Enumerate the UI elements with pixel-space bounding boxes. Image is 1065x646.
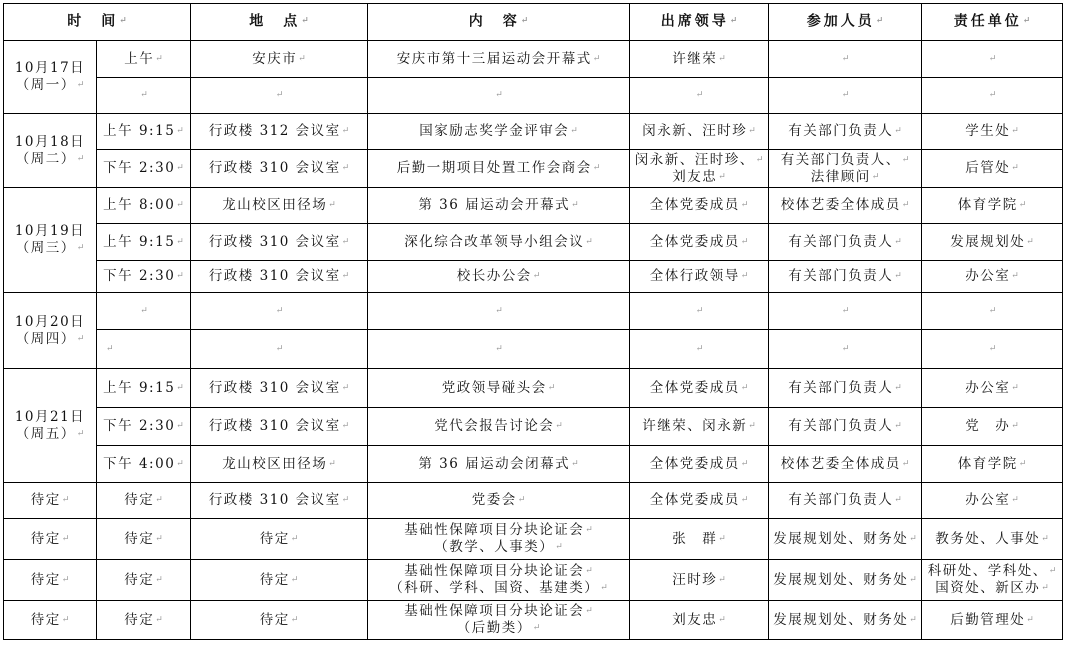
unit-cell: 体育学院↵ [922, 446, 1063, 483]
leaders-cell: ↵ [630, 293, 769, 330]
date-cell-text: 待定 [31, 492, 61, 508]
schedule-row: 10月17日（周一）↵上午↵安庆市↵安庆市第十三届运动会开幕式↵许继荣↵↵↵ [4, 41, 1063, 78]
time-cell-text: 上午 9:15 [103, 234, 175, 250]
paragraph-mark: ↵ [495, 344, 503, 354]
place-cell-text: 行政楼 310 会议室 [209, 380, 341, 396]
time-cell-text: 下午 2:30 [103, 268, 175, 284]
place-cell: 待定↵ [191, 519, 368, 560]
leaders-cell: 全体党委成员↵ [630, 369, 769, 408]
paragraph-mark: ↵ [1011, 271, 1019, 281]
paragraph-mark: ↵ [909, 575, 917, 585]
schedule-row: 10月19日（周三）↵上午 8:00↵龙山校区田径场↵第 36 届运动会开幕式↵… [4, 188, 1063, 224]
unit-cell-line: 国资处、新区办 [935, 580, 1040, 596]
paragraph-mark: ↵ [696, 344, 704, 354]
content-cell-line: （教学、人事类） [434, 539, 554, 555]
header-row: 时 间↵ 地 点↵ 内 容↵ 出席领导↵ 参加人员↵ 责任单位↵ [4, 4, 1063, 41]
date-cell-text: 待定 [31, 612, 61, 628]
schedule-row: 下午 4:00↵龙山校区田径场↵第 36 届运动会闭幕式↵全体党委成员↵校体艺委… [4, 446, 1063, 483]
place-cell: 行政楼 312 会议室↵ [191, 114, 368, 150]
place-cell: 行政楼 310 会议室↵ [191, 408, 368, 446]
paragraph-mark: ↵ [842, 90, 850, 100]
paragraph-mark: ↵ [909, 534, 917, 544]
header-attendees: 参加人员↵ [769, 4, 922, 41]
content-cell: 校长办公会↵ [368, 261, 630, 293]
paragraph-mark: ↵ [872, 172, 880, 182]
schedule-body: 10月17日（周一）↵上午↵安庆市↵安庆市第十三届运动会开幕式↵许继荣↵↵↵↵↵… [4, 41, 1063, 640]
date-cell: 10月17日（周一）↵ [4, 41, 97, 114]
content-cell: 党委会↵ [368, 483, 630, 519]
time-cell-text: 下午 4:00 [103, 456, 175, 472]
time-cell: 待定↵ [97, 560, 191, 601]
unit-cell: 教务处、人事处↵ [922, 519, 1063, 560]
content-cell: 基础性保障项目分块论证会↵（教学、人事类）↵ [368, 519, 630, 560]
paragraph-mark: ↵ [77, 334, 85, 344]
paragraph-mark: ↵ [176, 459, 184, 469]
paragraph-mark: ↵ [62, 615, 70, 625]
paragraph-mark: ↵ [176, 163, 184, 173]
leaders-cell-text: 刘友忠 [672, 612, 717, 628]
content-cell-text: 第 36 届运动会开幕式 [418, 197, 570, 213]
unit-cell-text: 教务处、人事处 [935, 531, 1040, 547]
paragraph-mark: ↵ [1041, 583, 1049, 593]
unit-cell-text: 办公室 [965, 492, 1010, 508]
place-cell-text: 行政楼 310 会议室 [209, 418, 341, 434]
leaders-cell-text: 许继荣、闵永新 [642, 418, 747, 434]
paragraph-mark: ↵ [555, 421, 563, 431]
paragraph-mark: ↵ [155, 495, 163, 505]
time-cell-text: 上午 9:15 [103, 123, 175, 139]
paragraph-mark: ↵ [176, 271, 184, 281]
paragraph-mark: ↵ [696, 306, 704, 316]
paragraph-mark: ↵ [989, 54, 997, 64]
paragraph-mark: ↵ [291, 615, 299, 625]
unit-cell: 办公室↵ [922, 483, 1063, 519]
leaders-cell-text: 全体行政领导 [650, 268, 740, 284]
paragraph-mark: ↵ [989, 344, 997, 354]
attendees-cell: 有关部门负责人↵ [769, 114, 922, 150]
unit-cell-text: 体育学院 [958, 456, 1018, 472]
weekday-text: （周五） [16, 426, 76, 442]
leaders-cell-text: 全体党委成员 [650, 380, 740, 396]
paragraph-mark: ↵ [718, 54, 726, 64]
attendees-cell: 有关部门负责人↵ [769, 224, 922, 261]
pending-row: 待定↵待定↵行政楼 310 会议室↵党委会↵全体党委成员↵有关部门负责人↵办公室… [4, 483, 1063, 519]
paragraph-mark: ↵ [518, 495, 526, 505]
paragraph-mark: ↵ [718, 615, 726, 625]
paragraph-mark: ↵ [77, 243, 85, 253]
content-cell: ↵ [368, 330, 630, 369]
unit-cell-text: 后勤管理处 [950, 612, 1025, 628]
place-cell: 行政楼 310 会议室↵ [191, 483, 368, 519]
paragraph-mark: ↵ [77, 429, 85, 439]
attendees-cell-line: 有关部门负责人、 [781, 152, 901, 168]
content-cell-line: 基础性保障项目分块论证会 [404, 522, 584, 538]
content-cell-text: 党委会 [472, 492, 517, 508]
paragraph-mark: ↵ [718, 534, 726, 544]
paragraph-mark: ↵ [276, 344, 284, 354]
paragraph-mark: ↵ [600, 583, 608, 593]
paragraph-mark: ↵ [1019, 200, 1027, 210]
attendees-cell: ↵ [769, 330, 922, 369]
paragraph-mark: ↵ [276, 306, 284, 316]
paragraph-mark: ↵ [276, 90, 284, 100]
place-cell-text: 行政楼 310 会议室 [209, 492, 341, 508]
paragraph-mark: ↵ [741, 200, 749, 210]
content-cell-text: 党代会报告讨论会 [434, 418, 554, 434]
date-cell: 待定↵ [4, 483, 97, 519]
leaders-cell-text: 全体党委成员 [650, 456, 740, 472]
pending-row: 待定↵待定↵待定↵基础性保障项目分块论证会↵（教学、人事类）↵张 群↵发展规划处… [4, 519, 1063, 560]
place-cell: ↵ [191, 78, 368, 114]
paragraph-mark: ↵ [585, 525, 593, 535]
content-cell-text: 深化综合改革领导小组会议 [404, 234, 584, 250]
leaders-cell: 许继荣↵ [630, 41, 769, 78]
place-cell-text: 待定 [260, 612, 290, 628]
paragraph-mark: ↵ [593, 54, 601, 64]
content-cell: 基础性保障项目分块论证会↵（科研、学科、国资、基建类）↵ [368, 560, 630, 601]
time-cell: 待定↵ [97, 519, 191, 560]
paragraph-mark: ↵ [555, 542, 563, 552]
content-cell-line: （后勤类） [457, 620, 532, 636]
unit-cell: 办公室↵ [922, 261, 1063, 293]
paragraph-mark: ↵ [1019, 459, 1027, 469]
paragraph-mark: ↵ [291, 575, 299, 585]
leaders-cell: 全体党委成员↵ [630, 188, 769, 224]
attendees-cell: 有关部门负责人↵ [769, 261, 922, 293]
leaders-cell-text: 汪时珍 [672, 572, 717, 588]
unit-cell: 发展规划处↵ [922, 224, 1063, 261]
paragraph-mark: ↵ [989, 90, 997, 100]
paragraph-mark: ↵ [62, 575, 70, 585]
header-unit: 责任单位↵ [922, 4, 1063, 41]
paragraph-mark: ↵ [1026, 237, 1034, 247]
attendees-cell: 有关部门负责人、↵法律顾问↵ [769, 150, 922, 188]
header-place: 地 点↵ [191, 4, 368, 41]
attendees-cell-text: 校体艺委全体成员 [781, 197, 901, 213]
attendees-cell: 有关部门负责人↵ [769, 369, 922, 408]
date-cell: 10月19日（周三）↵ [4, 188, 97, 293]
attendees-cell: 有关部门负责人↵ [769, 483, 922, 519]
time-cell-text: 上午 8:00 [103, 197, 175, 213]
paragraph-mark: ↵ [342, 271, 350, 281]
paragraph-mark: ↵ [342, 126, 350, 136]
paragraph-mark: ↵ [533, 623, 541, 633]
place-cell-text: 行政楼 310 会议室 [209, 268, 341, 284]
time-cell-text: 上午 9:15 [103, 380, 175, 396]
time-cell-text: 待定 [124, 612, 154, 628]
paragraph-mark: ↵ [894, 495, 902, 505]
unit-cell-text: 体育学院 [958, 197, 1018, 213]
attendees-cell-text: 校体艺委全体成员 [781, 456, 901, 472]
place-cell: 行政楼 310 会议室↵ [191, 224, 368, 261]
schedule-row: 10月21日（周五）↵上午 9:15↵行政楼 310 会议室↵党政领导碰头会↵全… [4, 369, 1063, 408]
paragraph-mark: ↵ [571, 200, 579, 210]
content-cell: ↵ [368, 78, 630, 114]
unit-cell: 科研处、学科处、↵国资处、新区办↵ [922, 560, 1063, 601]
paragraph-mark: ↵ [902, 200, 910, 210]
place-cell: ↵ [191, 330, 368, 369]
paragraph-mark: ↵ [1011, 126, 1019, 136]
paragraph-mark: ↵ [748, 126, 756, 136]
paragraph-mark: ↵ [155, 54, 163, 64]
paragraph-mark: ↵ [342, 163, 350, 173]
unit-cell-text: 发展规划处 [950, 234, 1025, 250]
time-cell: 上午 9:15↵ [97, 224, 191, 261]
paragraph-mark: ↵ [894, 237, 902, 247]
leaders-cell-text: 全体党委成员 [650, 197, 740, 213]
paragraph-mark: ↵ [1049, 566, 1057, 576]
paragraph-mark: ↵ [842, 344, 850, 354]
paragraph-mark: ↵ [902, 155, 910, 165]
paragraph-mark: ↵ [718, 172, 726, 182]
paragraph-mark: ↵ [342, 383, 350, 393]
time-cell: ↵ [97, 293, 191, 330]
pending-row: 待定↵待定↵待定↵基础性保障项目分块论证会↵（后勤类）↵刘友忠↵发展规划处、财务… [4, 601, 1063, 640]
content-cell: 第 36 届运动会开幕式↵ [368, 188, 630, 224]
paragraph-mark: ↵ [585, 237, 593, 247]
paragraph-mark: ↵ [106, 344, 114, 354]
attendees-cell: ↵ [769, 41, 922, 78]
attendees-cell: 有关部门负责人↵ [769, 408, 922, 446]
paragraph-mark: ↵ [902, 459, 910, 469]
time-cell-text: 下午 2:30 [103, 418, 175, 434]
paragraph-mark: ↵ [495, 306, 503, 316]
place-cell: 安庆市↵ [191, 41, 368, 78]
time-cell: 下午 4:00↵ [97, 446, 191, 483]
attendees-cell-text: 有关部门负责人 [788, 380, 893, 396]
paragraph-mark: ↵ [1011, 421, 1019, 431]
content-cell-text: 后勤一期项目处置工作会商会 [397, 160, 592, 176]
paragraph-mark: ↵ [1041, 534, 1049, 544]
content-cell: 第 36 届运动会闭幕式↵ [368, 446, 630, 483]
attendees-cell-text: 有关部门负责人 [788, 234, 893, 250]
leaders-cell: 闵永新、汪时珍、↵刘友忠↵ [630, 150, 769, 188]
paragraph-mark: ↵ [842, 306, 850, 316]
leaders-cell-text: 许继荣 [672, 51, 717, 67]
schedule-row: 10月18日（周二）↵上午 9:15↵行政楼 312 会议室↵国家励志奖学金评审… [4, 114, 1063, 150]
attendees-cell: 校体艺委全体成员↵ [769, 446, 922, 483]
date-cell: 10月21日（周五）↵ [4, 369, 97, 483]
leaders-cell: 全体党委成员↵ [630, 483, 769, 519]
weekday-text: （周二） [16, 151, 76, 167]
leaders-cell: ↵ [630, 330, 769, 369]
content-cell-text: 安庆市第十三届运动会开幕式 [397, 51, 592, 67]
attendees-cell-text: 有关部门负责人 [788, 268, 893, 284]
attendees-cell: 发展规划处、财务处↵ [769, 601, 922, 640]
leaders-cell-text: 全体党委成员 [650, 234, 740, 250]
content-cell-text: 党政领导碰头会 [442, 380, 547, 396]
paragraph-mark: ↵ [571, 459, 579, 469]
content-cell-line: 基础性保障项目分块论证会 [404, 603, 584, 619]
date-cell: 10月20日（周四）↵ [4, 293, 97, 369]
place-cell-text: 待定 [260, 572, 290, 588]
schedule-row: 下午 2:30↵行政楼 310 会议室↵党代会报告讨论会↵许继荣、闵永新↵有关部… [4, 408, 1063, 446]
paragraph-mark: ↵ [718, 575, 726, 585]
place-cell-text: 龙山校区田径场 [222, 197, 327, 213]
content-cell-text: 校长办公会 [457, 268, 532, 284]
content-cell: 国家励志奖学金评审会↵ [368, 114, 630, 150]
unit-cell: ↵ [922, 78, 1063, 114]
place-cell: 行政楼 310 会议室↵ [191, 369, 368, 408]
time-cell: ↵ [97, 78, 191, 114]
pending-row: 待定↵待定↵待定↵基础性保障项目分块论证会↵（科研、学科、国资、基建类）↵汪时珍… [4, 560, 1063, 601]
time-cell: 上午↵ [97, 41, 191, 78]
paragraph-mark: ↵ [155, 575, 163, 585]
attendees-cell-line: 法律顾问 [811, 169, 871, 185]
leaders-cell-text: 闵永新、汪时珍 [642, 123, 747, 139]
paragraph-mark: ↵ [155, 534, 163, 544]
attendees-cell: ↵ [769, 78, 922, 114]
place-cell-text: 行政楼 312 会议室 [209, 123, 341, 139]
time-cell: 下午 2:30↵ [97, 150, 191, 188]
date-text: 10月17日 [6, 60, 94, 77]
paragraph-mark: ↵ [328, 459, 336, 469]
unit-cell-text: 办公室 [965, 268, 1010, 284]
leaders-cell: 汪时珍↵ [630, 560, 769, 601]
unit-cell: 办公室↵ [922, 369, 1063, 408]
place-cell-text: 安庆市 [252, 51, 297, 67]
paragraph-mark: ↵ [1011, 163, 1019, 173]
leaders-cell: 全体党委成员↵ [630, 446, 769, 483]
content-cell-text: 国家励志奖学金评审会 [419, 123, 569, 139]
paragraph-mark: ↵ [298, 54, 306, 64]
unit-cell: 党 办↵ [922, 408, 1063, 446]
attendees-cell: 发展规划处、财务处↵ [769, 519, 922, 560]
paragraph-mark: ↵ [62, 534, 70, 544]
unit-cell: ↵ [922, 330, 1063, 369]
paragraph-mark: ↵ [291, 534, 299, 544]
attendees-cell: 发展规划处、财务处↵ [769, 560, 922, 601]
paragraph-mark: ↵ [176, 421, 184, 431]
unit-cell-text: 党 办 [965, 418, 1010, 434]
paragraph-mark: ↵ [570, 126, 578, 136]
content-cell: 基础性保障项目分块论证会↵（后勤类）↵ [368, 601, 630, 640]
paragraph-mark: ↵ [342, 237, 350, 247]
leaders-cell: 全体行政领导↵ [630, 261, 769, 293]
paragraph-mark: ↵ [741, 459, 749, 469]
unit-cell: 体育学院↵ [922, 188, 1063, 224]
schedule-row: ↵↵↵↵↵↵ [4, 78, 1063, 114]
unit-cell-text: 学生处 [965, 123, 1010, 139]
time-cell: 下午 2:30↵ [97, 408, 191, 446]
paragraph-mark: ↵ [328, 200, 336, 210]
paragraph-mark: ↵ [842, 54, 850, 64]
unit-cell-text: 办公室 [965, 380, 1010, 396]
schedule-row: 上午 9:15↵行政楼 310 会议室↵深化综合改革领导小组会议↵全体党委成员↵… [4, 224, 1063, 261]
place-cell: 待定↵ [191, 601, 368, 640]
header-time: 时 间↵ [4, 4, 191, 41]
content-cell: 深化综合改革领导小组会议↵ [368, 224, 630, 261]
time-cell: ↵ [97, 330, 191, 369]
weekday-text: （周三） [16, 240, 76, 256]
weekday-text: （周一） [16, 77, 76, 93]
unit-cell-text: 后管处 [965, 160, 1010, 176]
place-cell-text: 待定 [260, 531, 290, 547]
time-cell: 待定↵ [97, 601, 191, 640]
paragraph-mark: ↵ [1026, 615, 1034, 625]
place-cell-text: 龙山校区田径场 [222, 456, 327, 472]
paragraph-mark: ↵ [909, 615, 917, 625]
unit-cell-line: 科研处、学科处、 [928, 563, 1048, 579]
paragraph-mark: ↵ [495, 90, 503, 100]
paragraph-mark: ↵ [741, 237, 749, 247]
header-content: 内 容↵ [368, 4, 630, 41]
attendees-cell-text: 有关部门负责人 [788, 492, 893, 508]
place-cell: 行政楼 310 会议室↵ [191, 150, 368, 188]
place-cell: 待定↵ [191, 560, 368, 601]
paragraph-mark: ↵ [77, 80, 85, 90]
paragraph-mark: ↵ [894, 383, 902, 393]
paragraph-mark: ↵ [1011, 383, 1019, 393]
paragraph-mark: ↵ [756, 155, 764, 165]
date-cell: 待定↵ [4, 560, 97, 601]
attendees-cell-text: 发展规划处、财务处 [773, 572, 908, 588]
paragraph-mark: ↵ [176, 383, 184, 393]
content-cell-line: 基础性保障项目分块论证会 [404, 563, 584, 579]
paragraph-mark: ↵ [176, 126, 184, 136]
paragraph-mark: ↵ [741, 383, 749, 393]
leaders-cell-text: 张 群 [672, 531, 717, 547]
weekly-schedule-table: 时 间↵ 地 点↵ 内 容↵ 出席领导↵ 参加人员↵ 责任单位↵ 10月17日（… [3, 3, 1063, 640]
time-cell-text: 待定 [124, 572, 154, 588]
leaders-cell: 张 群↵ [630, 519, 769, 560]
leaders-cell: ↵ [630, 78, 769, 114]
leaders-cell: 全体党委成员↵ [630, 224, 769, 261]
paragraph-mark: ↵ [548, 383, 556, 393]
paragraph-mark: ↵ [176, 237, 184, 247]
time-cell: 上午 8:00↵ [97, 188, 191, 224]
time-cell-text: 待定 [124, 492, 154, 508]
unit-cell: 学生处↵ [922, 114, 1063, 150]
date-cell: 待定↵ [4, 601, 97, 640]
paragraph-mark: ↵ [696, 90, 704, 100]
content-cell: 安庆市第十三届运动会开幕式↵ [368, 41, 630, 78]
paragraph-mark: ↵ [741, 495, 749, 505]
paragraph-mark: ↵ [155, 615, 163, 625]
header-leaders: 出席领导↵ [630, 4, 769, 41]
content-cell: ↵ [368, 293, 630, 330]
paragraph-mark: ↵ [533, 271, 541, 281]
date-text: 10月20日 [6, 314, 94, 331]
attendees-cell-text: 发展规划处、财务处 [773, 531, 908, 547]
time-cell: 待定↵ [97, 483, 191, 519]
paragraph-mark: ↵ [585, 606, 593, 616]
date-cell: 10月18日（周二）↵ [4, 114, 97, 188]
paragraph-mark: ↵ [894, 421, 902, 431]
content-cell-text: 第 36 届运动会闭幕式 [418, 456, 570, 472]
schedule-row: 下午 2:30↵行政楼 310 会议室↵校长办公会↵全体行政领导↵有关部门负责人… [4, 261, 1063, 293]
content-cell: 党政领导碰头会↵ [368, 369, 630, 408]
unit-cell: ↵ [922, 293, 1063, 330]
date-text: 10月19日 [6, 223, 94, 240]
paragraph-mark: ↵ [140, 90, 148, 100]
paragraph-mark: ↵ [77, 154, 85, 164]
paragraph-mark: ↵ [585, 566, 593, 576]
content-cell-line: （科研、学科、国资、基建类） [389, 580, 599, 596]
date-cell: 待定↵ [4, 519, 97, 560]
place-cell: ↵ [191, 293, 368, 330]
unit-cell: ↵ [922, 41, 1063, 78]
place-cell: 龙山校区田径场↵ [191, 188, 368, 224]
unit-cell: 后勤管理处↵ [922, 601, 1063, 640]
paragraph-mark: ↵ [1011, 495, 1019, 505]
leaders-cell: 闵永新、汪时珍↵ [630, 114, 769, 150]
unit-cell: 后管处↵ [922, 150, 1063, 188]
date-cell-text: 待定 [31, 572, 61, 588]
date-text: 10月21日 [6, 409, 94, 426]
date-cell-text: 待定 [31, 531, 61, 547]
leaders-cell: 许继荣、闵永新↵ [630, 408, 769, 446]
